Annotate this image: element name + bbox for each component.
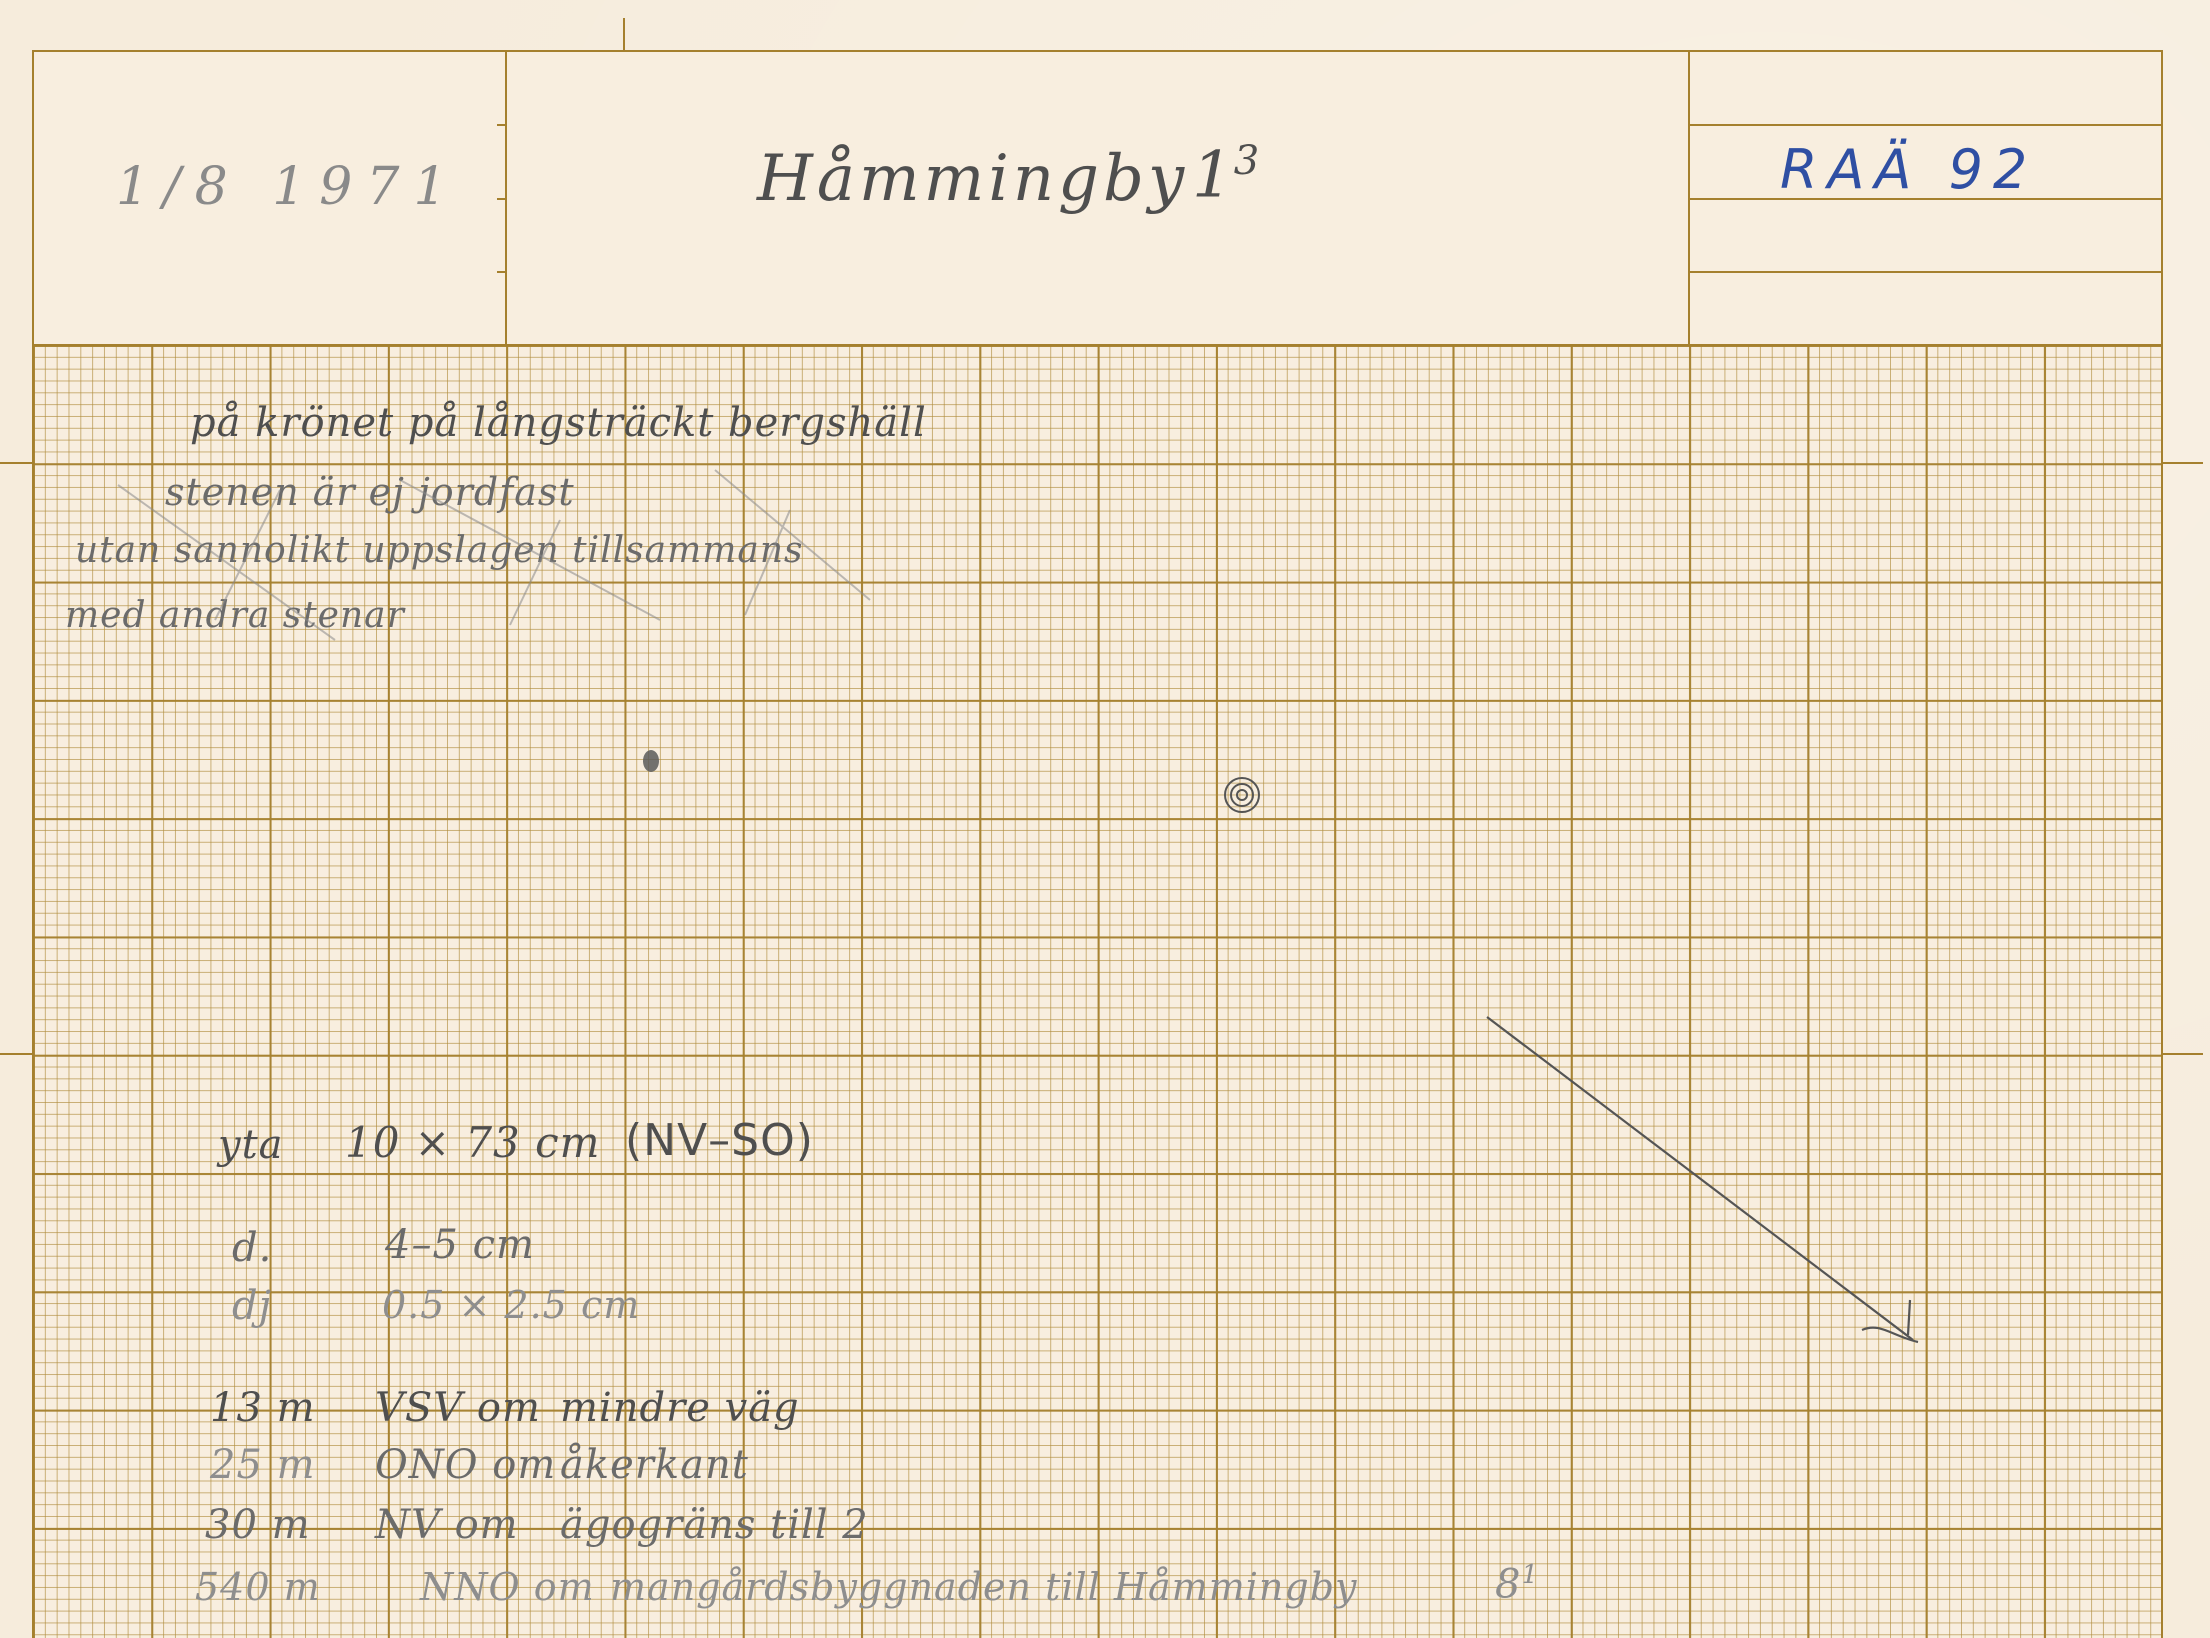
record-sheet: 1/8 1971 Håmmingby 13 RAÄ 92 på krönet p… [0, 0, 2210, 1638]
top-tick-mark [623, 18, 625, 50]
reference-row-divider [1690, 271, 2163, 273]
target-number-main: 8 [1495, 1561, 1521, 1607]
distance-direction: NV om [375, 1502, 519, 1548]
reference-number: RAÄ 92 [1780, 138, 2037, 201]
distance-target: mindre väg [560, 1385, 800, 1431]
site-number: 13 [1192, 138, 1260, 212]
notes-line-2: stenen är ej jordfast [165, 470, 575, 514]
stone-orientation: (NV–SO) [625, 1115, 814, 1166]
stone-size-value: 10 × 73 cm [345, 1118, 600, 1167]
distance-direction: VSV om [375, 1385, 541, 1431]
left-margin-tick [0, 462, 32, 464]
depth-value: 0.5 × 2.5 cm [382, 1283, 640, 1327]
distance-value: 30 m [205, 1502, 311, 1548]
header-title-cell: Håmmingby 13 [507, 52, 1690, 346]
notes-line-3: utan sannolikt uppslagen tillsammans [75, 530, 804, 571]
distance-value: 540 m [195, 1565, 321, 1609]
header-reference-cell: RAÄ 92 [1690, 52, 2163, 346]
stone-size-label: yta [218, 1122, 284, 1168]
header-date-cell: 1/8 1971 [34, 52, 507, 346]
site-number-main: 1 [1192, 138, 1234, 212]
header-box: 1/8 1971 Håmmingby 13 RAÄ 92 [32, 50, 2163, 344]
distance-value: 25 m [210, 1442, 316, 1488]
right-margin-tick [2163, 462, 2203, 464]
distance-value: 13 m [210, 1385, 316, 1431]
diameter-label: d. [232, 1225, 272, 1271]
site-name: Håmmingby [757, 142, 1188, 216]
left-margin-tick [0, 1053, 32, 1055]
side-tick [497, 271, 507, 273]
site-number-superscript: 3 [1234, 138, 1260, 184]
side-tick [497, 198, 507, 200]
notes-line-4: med andra stenar [65, 595, 405, 636]
side-tick [497, 124, 507, 126]
distance-target: mangårdsbyggnaden till Håmmingby [610, 1565, 1358, 1609]
notes-line-1: på krönet på långsträckt bergshäll [190, 400, 927, 446]
distance-target-number: 81 [1495, 1560, 1539, 1607]
record-date: 1/8 1971 [116, 157, 461, 217]
distance-direction: NNO om [420, 1565, 595, 1609]
distance-direction: ONO om [375, 1442, 556, 1488]
diameter-value: 4–5 cm [385, 1222, 535, 1268]
distance-target: åkerkant [560, 1442, 749, 1488]
right-margin-tick [2163, 1053, 2203, 1055]
depth-label: dj [232, 1283, 272, 1329]
distance-target: ägogräns till 2 [560, 1502, 869, 1548]
target-number-superscript: 1 [1521, 1560, 1539, 1590]
reference-row-divider [1690, 124, 2163, 126]
